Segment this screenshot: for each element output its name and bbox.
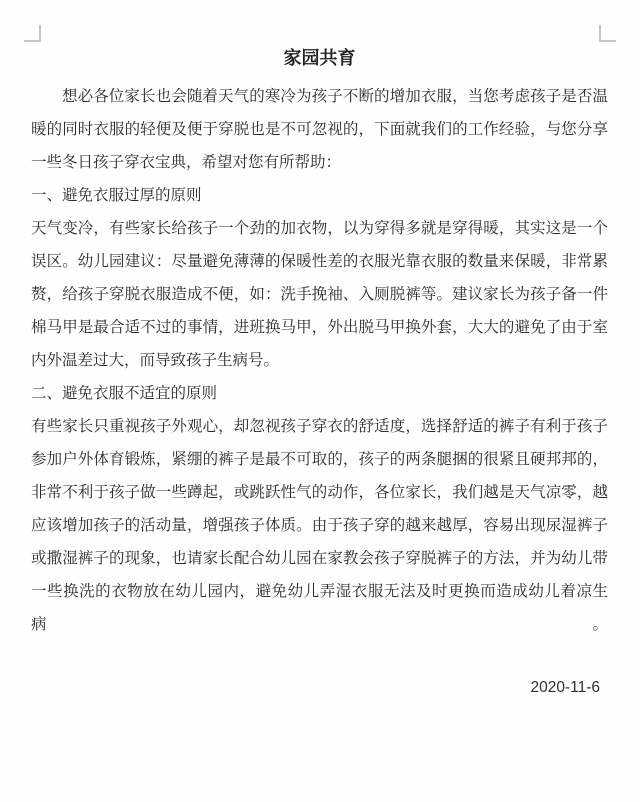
section1-line-3: 赘，给孩子穿脱衣服造成不便，如：洗手挽袖、入厕脱裤等。建议家长为孩子备一件 [31, 278, 608, 311]
section2-heading: 二、避免衣服不适宜的原则 [31, 377, 608, 410]
section2-line-2: 参加户外体育锻炼，紧绷的裤子是最不可取的，孩子的两条腿捆的很紧且硬邦邦的， [31, 443, 608, 476]
section2-line-4: 应该增加孩子的活动量，增强孩子体质。由于孩子穿的越来越厚，容易出现尿湿裤子 [31, 509, 608, 542]
section2-line-5: 或撒湿裤子的现象，也请家长配合幼儿园在家教会孩子穿脱裤子的方法，并为幼儿带 [31, 542, 608, 575]
intro-line-1: 想必各位家长也会随着天气的寒冷为孩子不断的增加衣服，当您考虑孩子是否温 [31, 80, 608, 113]
section1-line-4: 棉马甲是最合适不过的事情，进班换马甲，外出脱马甲换外套，大大的避免了由于室 [31, 311, 608, 344]
section1-heading: 一、避免衣服过厚的原则 [31, 179, 608, 212]
document-title: 家园共育 [31, 47, 608, 69]
section2-line-1: 有些家长只重视孩子外观心，却忽视孩子穿衣的舒适度，选择舒适的裤子有利于孩子 [31, 410, 608, 443]
document-date: 2020-11-6 [31, 677, 608, 699]
section1-line-2: 误区。幼儿园建议：尽量避免薄薄的保暖性差的衣服光靠衣服的数量来保暖，非常累 [31, 245, 608, 278]
section2-line-3: 非常不利于孩子做一些蹲起，或跳跃性气的动作，各位家长，我们越是天气凉零，越 [31, 476, 608, 509]
intro-line-2: 暖的同时衣服的轻便及便于穿脱也是不可忽视的，下面就我们的工作经验，与您分享 [31, 113, 608, 146]
text-boundary-mark-top-right [599, 25, 616, 42]
section1-line-5: 内外温差过大，而导致孩子生病号。 [31, 344, 608, 377]
section1-line-1: 天气变冷，有些家长给孩子一个劲的加衣物，以为穿得多就是穿得暖，其实这是一个 [31, 212, 608, 245]
intro-line-3: 一些冬日孩子穿衣宝典，希望对您有所帮助： [31, 146, 608, 179]
document-content: 家园共育 想必各位家长也会随着天气的寒冷为孩子不断的增加衣服，当您考虑孩子是否温… [31, 47, 608, 699]
text-boundary-mark-top-left [24, 25, 41, 42]
document-page: 家园共育 想必各位家长也会随着天气的寒冷为孩子不断的增加衣服，当您考虑孩子是否温… [0, 0, 640, 802]
section2-line-6: 一些换洗的衣物放在幼儿园内，避免幼儿弄湿衣服无法及时更换而造成幼儿着凉生病。 [31, 575, 608, 641]
